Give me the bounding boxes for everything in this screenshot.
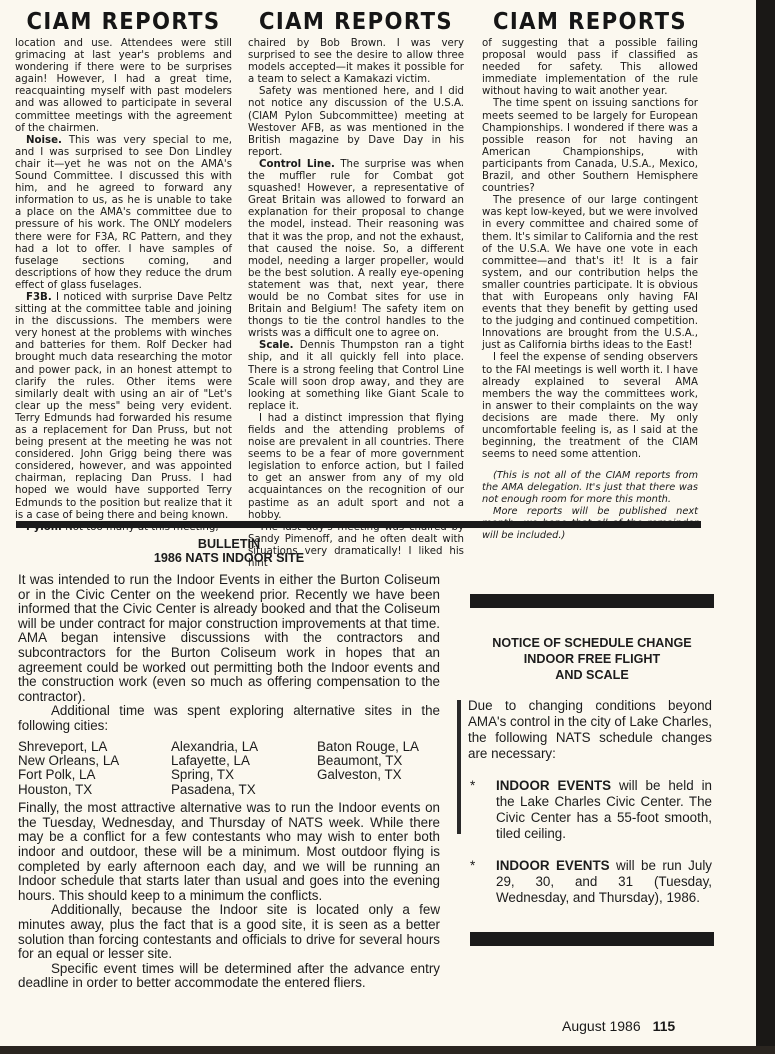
notice-title: NOTICE OF SCHEDULE CHANGE INDOOR FREE FL… xyxy=(462,635,722,683)
editor-note: (This is not all of the CIAM reports fro… xyxy=(482,470,698,542)
bulletin-title: BULLETIN 1986 NATS INDOOR SITE xyxy=(18,537,440,565)
page-edge-shadow xyxy=(756,0,775,1054)
paragraph: chaired by Bob Brown. I was very surpris… xyxy=(248,38,464,86)
ciam-column-1: CIAM REPORTS location and use. Attendees… xyxy=(15,8,232,534)
ciam-column-2: CIAM REPORTS chaired by Bob Brown. I was… xyxy=(248,8,464,570)
city-item: Baton Rouge, LA xyxy=(317,740,440,754)
column-body: location and use. Attendees were still g… xyxy=(15,38,232,534)
magazine-page: CIAM REPORTS location and use. Attendees… xyxy=(0,0,756,1046)
ciam-column-3: CIAM REPORTS of suggesting that a possib… xyxy=(482,8,698,542)
section-divider-rule xyxy=(16,521,701,528)
section-label: Noise. xyxy=(26,135,62,146)
paragraph: I had a distinct impression that flying … xyxy=(248,413,464,522)
notice-side-bar xyxy=(457,700,461,834)
notice-item: * INDOOR EVENTS will be held in the Lake… xyxy=(468,778,712,842)
notice-item-lead: INDOOR EVENTS xyxy=(496,858,610,873)
notice-intro: Due to changing conditions beyond AMA's … xyxy=(468,698,712,762)
city-item: Pasadena, TX xyxy=(171,783,317,797)
city-item: Alexandria, LA xyxy=(171,740,317,754)
bulletin-body: It was intended to run the Indoor Events… xyxy=(18,573,440,991)
running-head: CIAM REPORTS xyxy=(491,8,690,36)
notice-item: * INDOOR EVENTS will be run July 29, 30,… xyxy=(468,858,712,906)
section-label: Control Line. xyxy=(259,159,335,170)
editor-note-line: (This is not all of the CIAM reports fro… xyxy=(482,470,698,506)
column-body: of suggesting that a possible failing pr… xyxy=(482,38,698,461)
paragraph-noise: Noise. This was very special to me, and … xyxy=(15,135,232,292)
issue-date: August 1986 xyxy=(562,1018,641,1034)
paragraph: I feel the expense of sending observers … xyxy=(482,352,698,461)
running-head: CIAM REPORTS xyxy=(257,8,456,36)
section-label: Scale. xyxy=(259,340,294,351)
asterisk-bullet-icon: * xyxy=(468,778,496,842)
city-item: Galveston, TX xyxy=(317,768,440,782)
paragraph-control-line: Control Line. The surprise was when the … xyxy=(248,159,464,340)
notice-top-rule xyxy=(470,594,714,608)
city-item: Shreveport, LA xyxy=(18,740,171,754)
paragraph-f3b: F3B. I noticed with surprise Dave Peltz … xyxy=(15,292,232,522)
page-bottom-shadow xyxy=(0,1046,775,1054)
notice-item-lead: INDOOR EVENTS xyxy=(496,778,611,793)
city-item: New Orleans, LA xyxy=(18,754,171,768)
bulletin-section: BULLETIN 1986 NATS INDOOR SITE It was in… xyxy=(18,537,440,991)
paragraph: Finally, the most attractive alternative… xyxy=(18,801,440,903)
running-head: CIAM REPORTS xyxy=(24,8,224,36)
page-footer: August 1986115 xyxy=(562,1018,675,1034)
city-item: Fort Polk, LA xyxy=(18,768,171,782)
city-item: Lafayette, LA xyxy=(171,754,317,768)
city-item: Spring, TX xyxy=(171,768,317,782)
paragraph: location and use. Attendees were still g… xyxy=(15,38,232,135)
asterisk-bullet-icon: * xyxy=(468,858,496,906)
paragraph-scale: Scale. Dennis Thumpston ran a tight ship… xyxy=(248,340,464,413)
paragraph: of suggesting that a possible failing pr… xyxy=(482,38,698,98)
column-body: chaired by Bob Brown. I was very surpris… xyxy=(248,38,464,570)
section-label: F3B. xyxy=(26,292,52,303)
city-item: Houston, TX xyxy=(18,783,171,797)
paragraph: Additionally, because the Indoor site is… xyxy=(18,903,440,961)
city-item xyxy=(317,783,440,797)
notice-bottom-rule xyxy=(470,932,714,946)
city-list: Shreveport, LA Alexandria, LA Baton Roug… xyxy=(18,740,440,798)
page-number: 115 xyxy=(653,1018,676,1034)
paragraph: Safety was mentioned here, and I did not… xyxy=(248,86,464,159)
notice-body: Due to changing conditions beyond AMA's … xyxy=(468,698,712,906)
paragraph: It was intended to run the Indoor Events… xyxy=(18,573,440,704)
paragraph: Additional time was spent exploring alte… xyxy=(18,704,440,733)
city-item: Beaumont, TX xyxy=(317,754,440,768)
paragraph: The presence of our large contingent was… xyxy=(482,195,698,352)
paragraph: Specific event times will be determined … xyxy=(18,962,440,991)
paragraph: The time spent on issuing sanctions for … xyxy=(482,98,698,195)
